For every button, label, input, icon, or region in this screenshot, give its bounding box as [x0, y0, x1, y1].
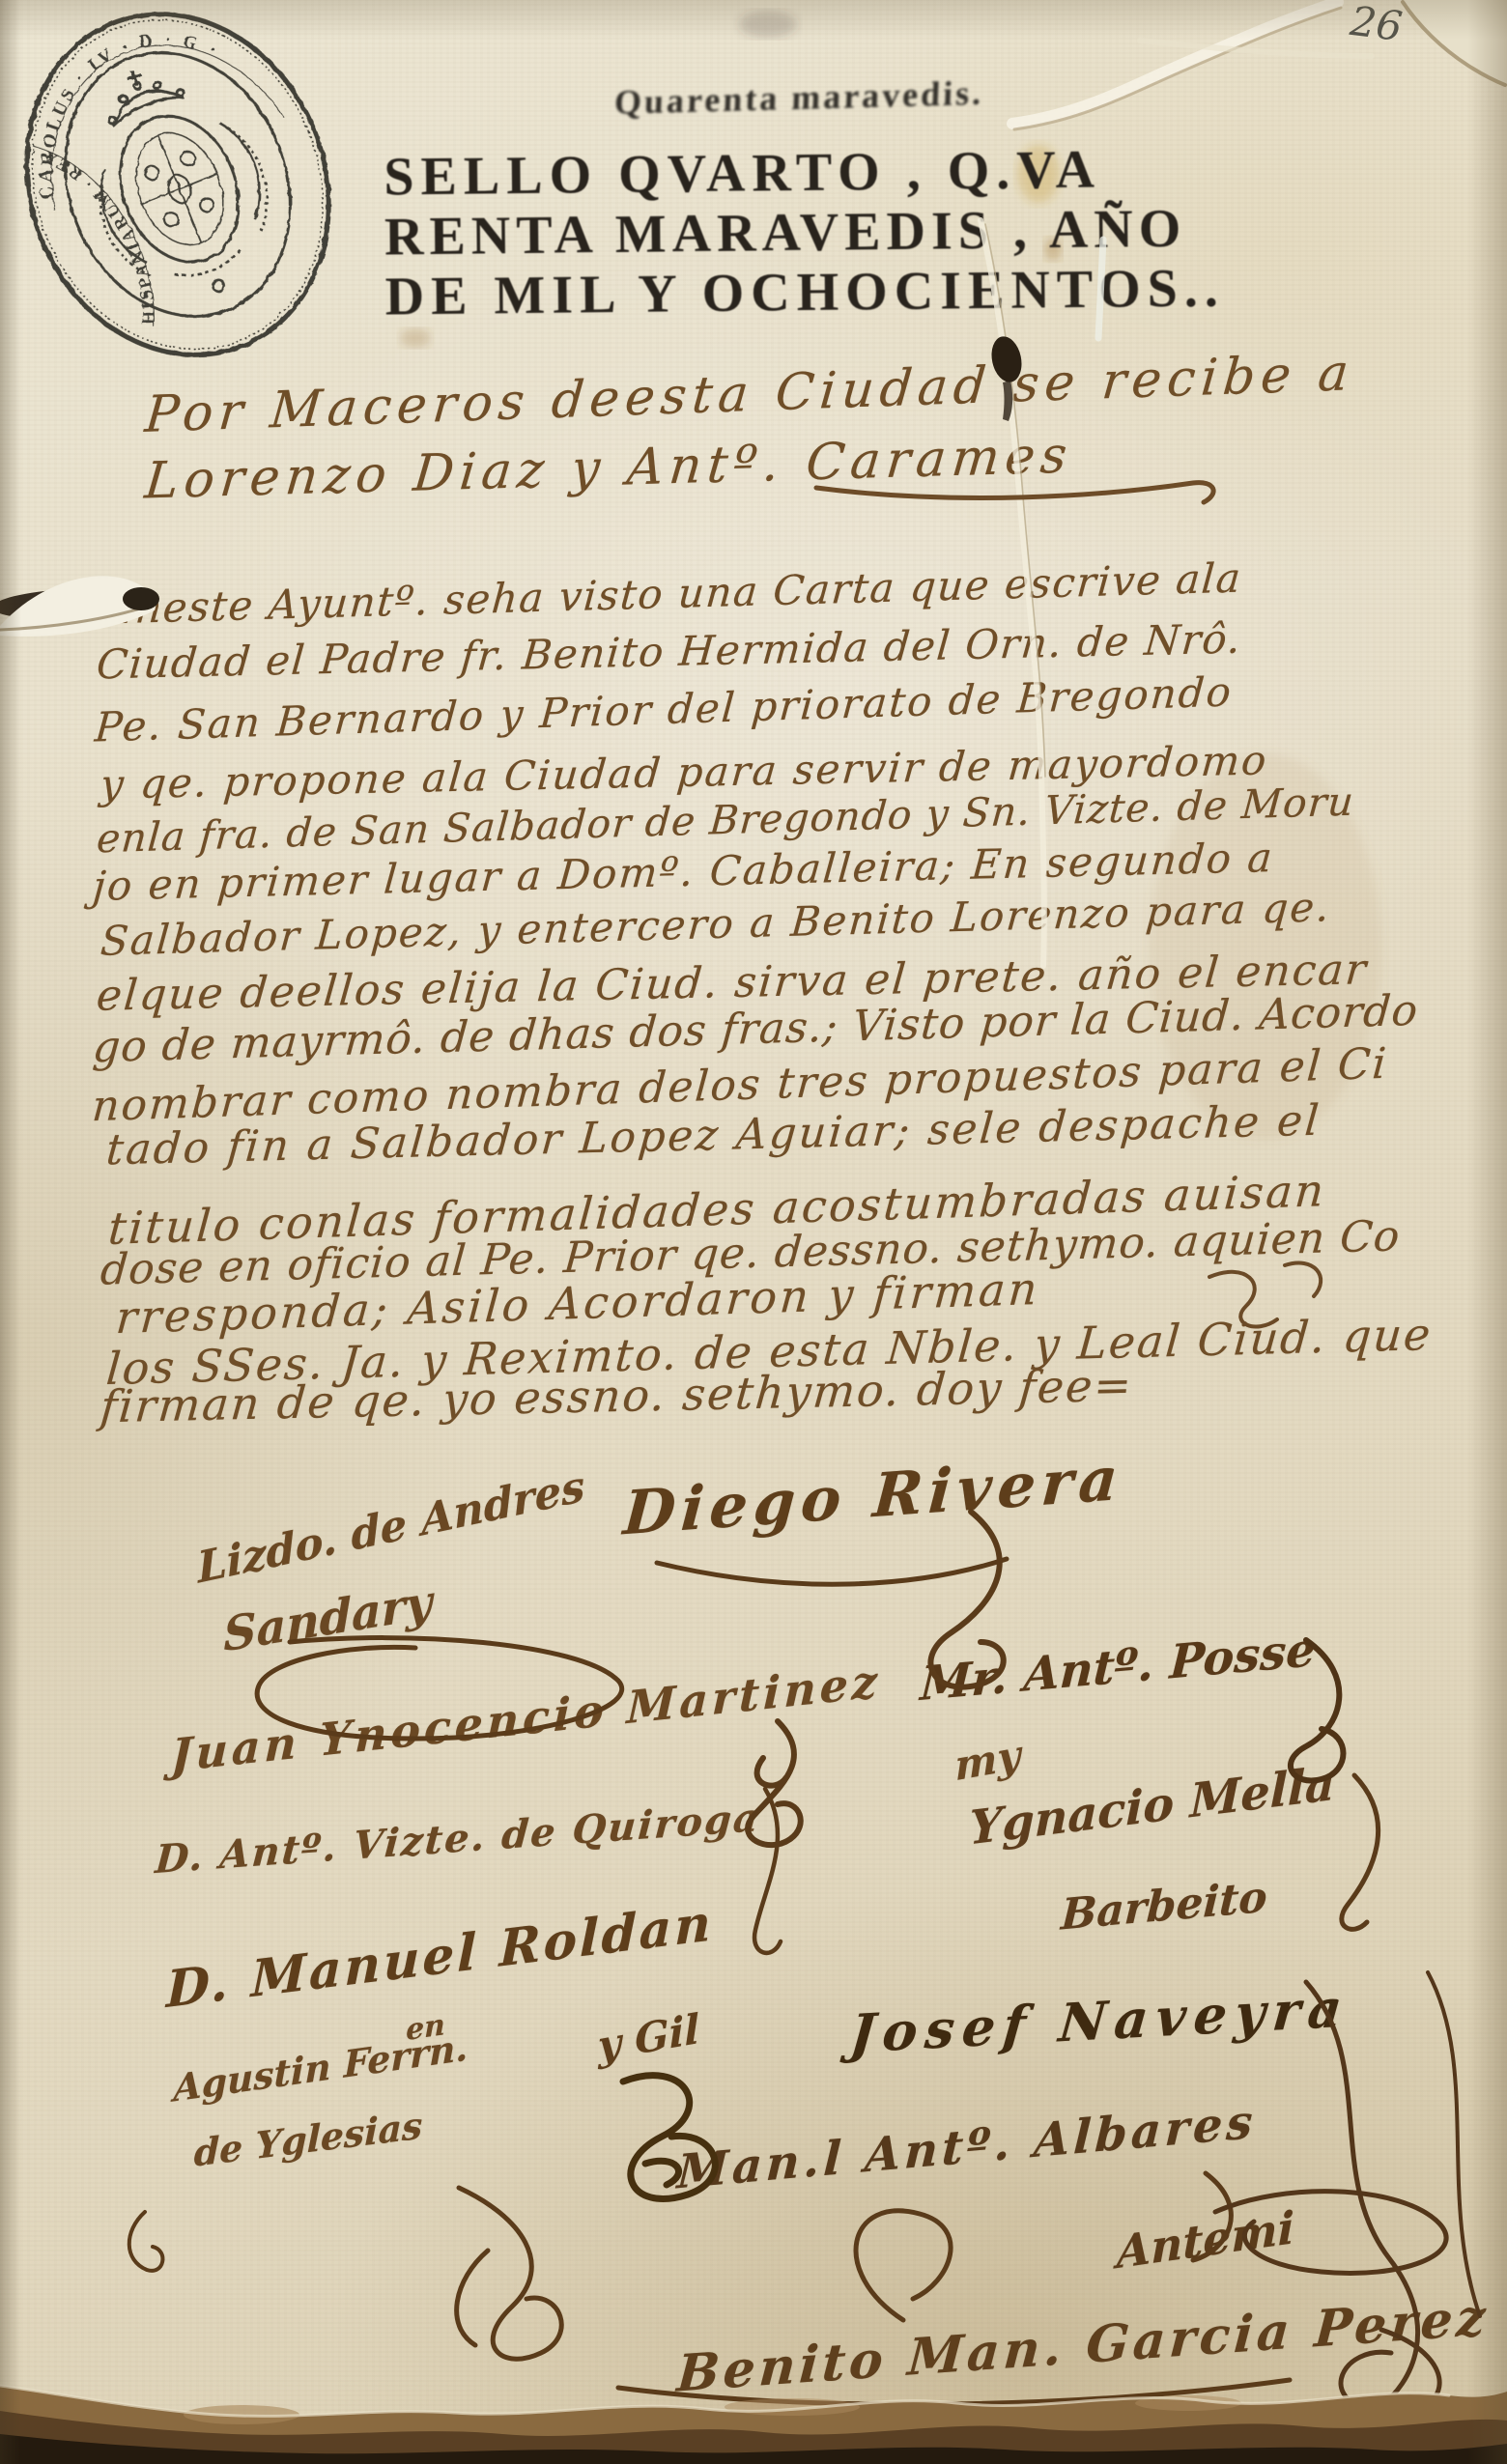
signature-agustin-line2: de Yglesias	[193, 2103, 422, 2174]
seal-outer-ring	[0, 0, 379, 401]
signature-agustin-superscript: en	[406, 2008, 445, 2048]
seal-legend-left-text: HISPANIARUM · REX ·	[21, 118, 173, 347]
scan-background-strip	[0, 2434, 1507, 2464]
agustin-rubric	[457, 2188, 562, 2359]
seal-coat-of-arms	[100, 99, 260, 280]
signature-juan-martinez: Juan Ynocencio Martinez	[170, 1655, 882, 1782]
top-right-tear	[1012, 0, 1507, 129]
fleck-stain	[400, 328, 431, 348]
right-tall-flourish-b	[1428, 1972, 1480, 2316]
manuscript-page: CAROLUS · IV · D · G · HISPANIARUM · REX…	[0, 0, 1507, 2464]
escribano-lead-loop	[856, 2211, 951, 2320]
signature-roldan-tail: y Gil	[597, 2005, 700, 2071]
margin-curl-mark	[129, 2212, 163, 2271]
signature-diego-rivera: Diego Rivera	[621, 1443, 1125, 1549]
printed-seal-header: SELLO QVARTO , Q.VA RENTA MARAVEDIS , AÑ…	[384, 138, 1225, 326]
signature-roldan: D. Manuel Roldan	[166, 1893, 715, 2020]
seal-legend-left: HISPANIARUM · REX ·	[21, 118, 173, 347]
fleece-pendant	[212, 278, 227, 294]
corner-flap	[1401, 0, 1507, 85]
diego-underline	[657, 1559, 1007, 1584]
decay-band-dark	[0, 2411, 1507, 2464]
printed-header-line2: RENTA MARAVEDIS , AÑO	[384, 198, 1225, 267]
mantling-right	[216, 117, 274, 219]
signature-posse-mark: my	[954, 1731, 1022, 1790]
folio-number: 26	[1348, 0, 1405, 50]
signature-naveyra: Josef Naveyra	[848, 1976, 1352, 2064]
signature-licenciado-line2: Sandary	[223, 1575, 433, 1663]
signature-mella: Ygnacio Mella	[969, 1756, 1335, 1855]
fleece-collar	[175, 247, 247, 285]
seal-group: CAROLUS · IV · D · G · HISPANIARUM · REX…	[0, 0, 379, 401]
ghost-stamp-smudge	[739, 11, 797, 38]
mella-rubric	[1342, 1775, 1379, 1929]
signature-licenciado-line1: Lizdo. de Andres	[196, 1461, 586, 1594]
signature-albares: Man.l Antº. Albares	[676, 2095, 1258, 2200]
wreath-right	[220, 122, 283, 231]
notary-ante-mi: Antemi	[1117, 2201, 1294, 2279]
signature-posse: Mr. Antº. Posse	[919, 1623, 1317, 1712]
printed-header-line3: DE MIL Y OCHOCIENTOS..	[384, 258, 1225, 326]
royal-seal-stamp: CAROLUS · IV · D · G · HISPANIARUM · REX…	[0, 0, 381, 411]
signature-barbeito: Barbeito	[1060, 1872, 1268, 1940]
forty-maravedis-stamp: Quarenta maravedis.	[613, 72, 984, 123]
signature-escribano: Benito Man. Garcia Perez	[675, 2287, 1491, 2403]
signature-quiroga: D. Antº. Vizte. de Quiroga	[154, 1795, 761, 1883]
printed-header-line1: SELLO QVARTO , Q.VA	[384, 138, 1224, 207]
